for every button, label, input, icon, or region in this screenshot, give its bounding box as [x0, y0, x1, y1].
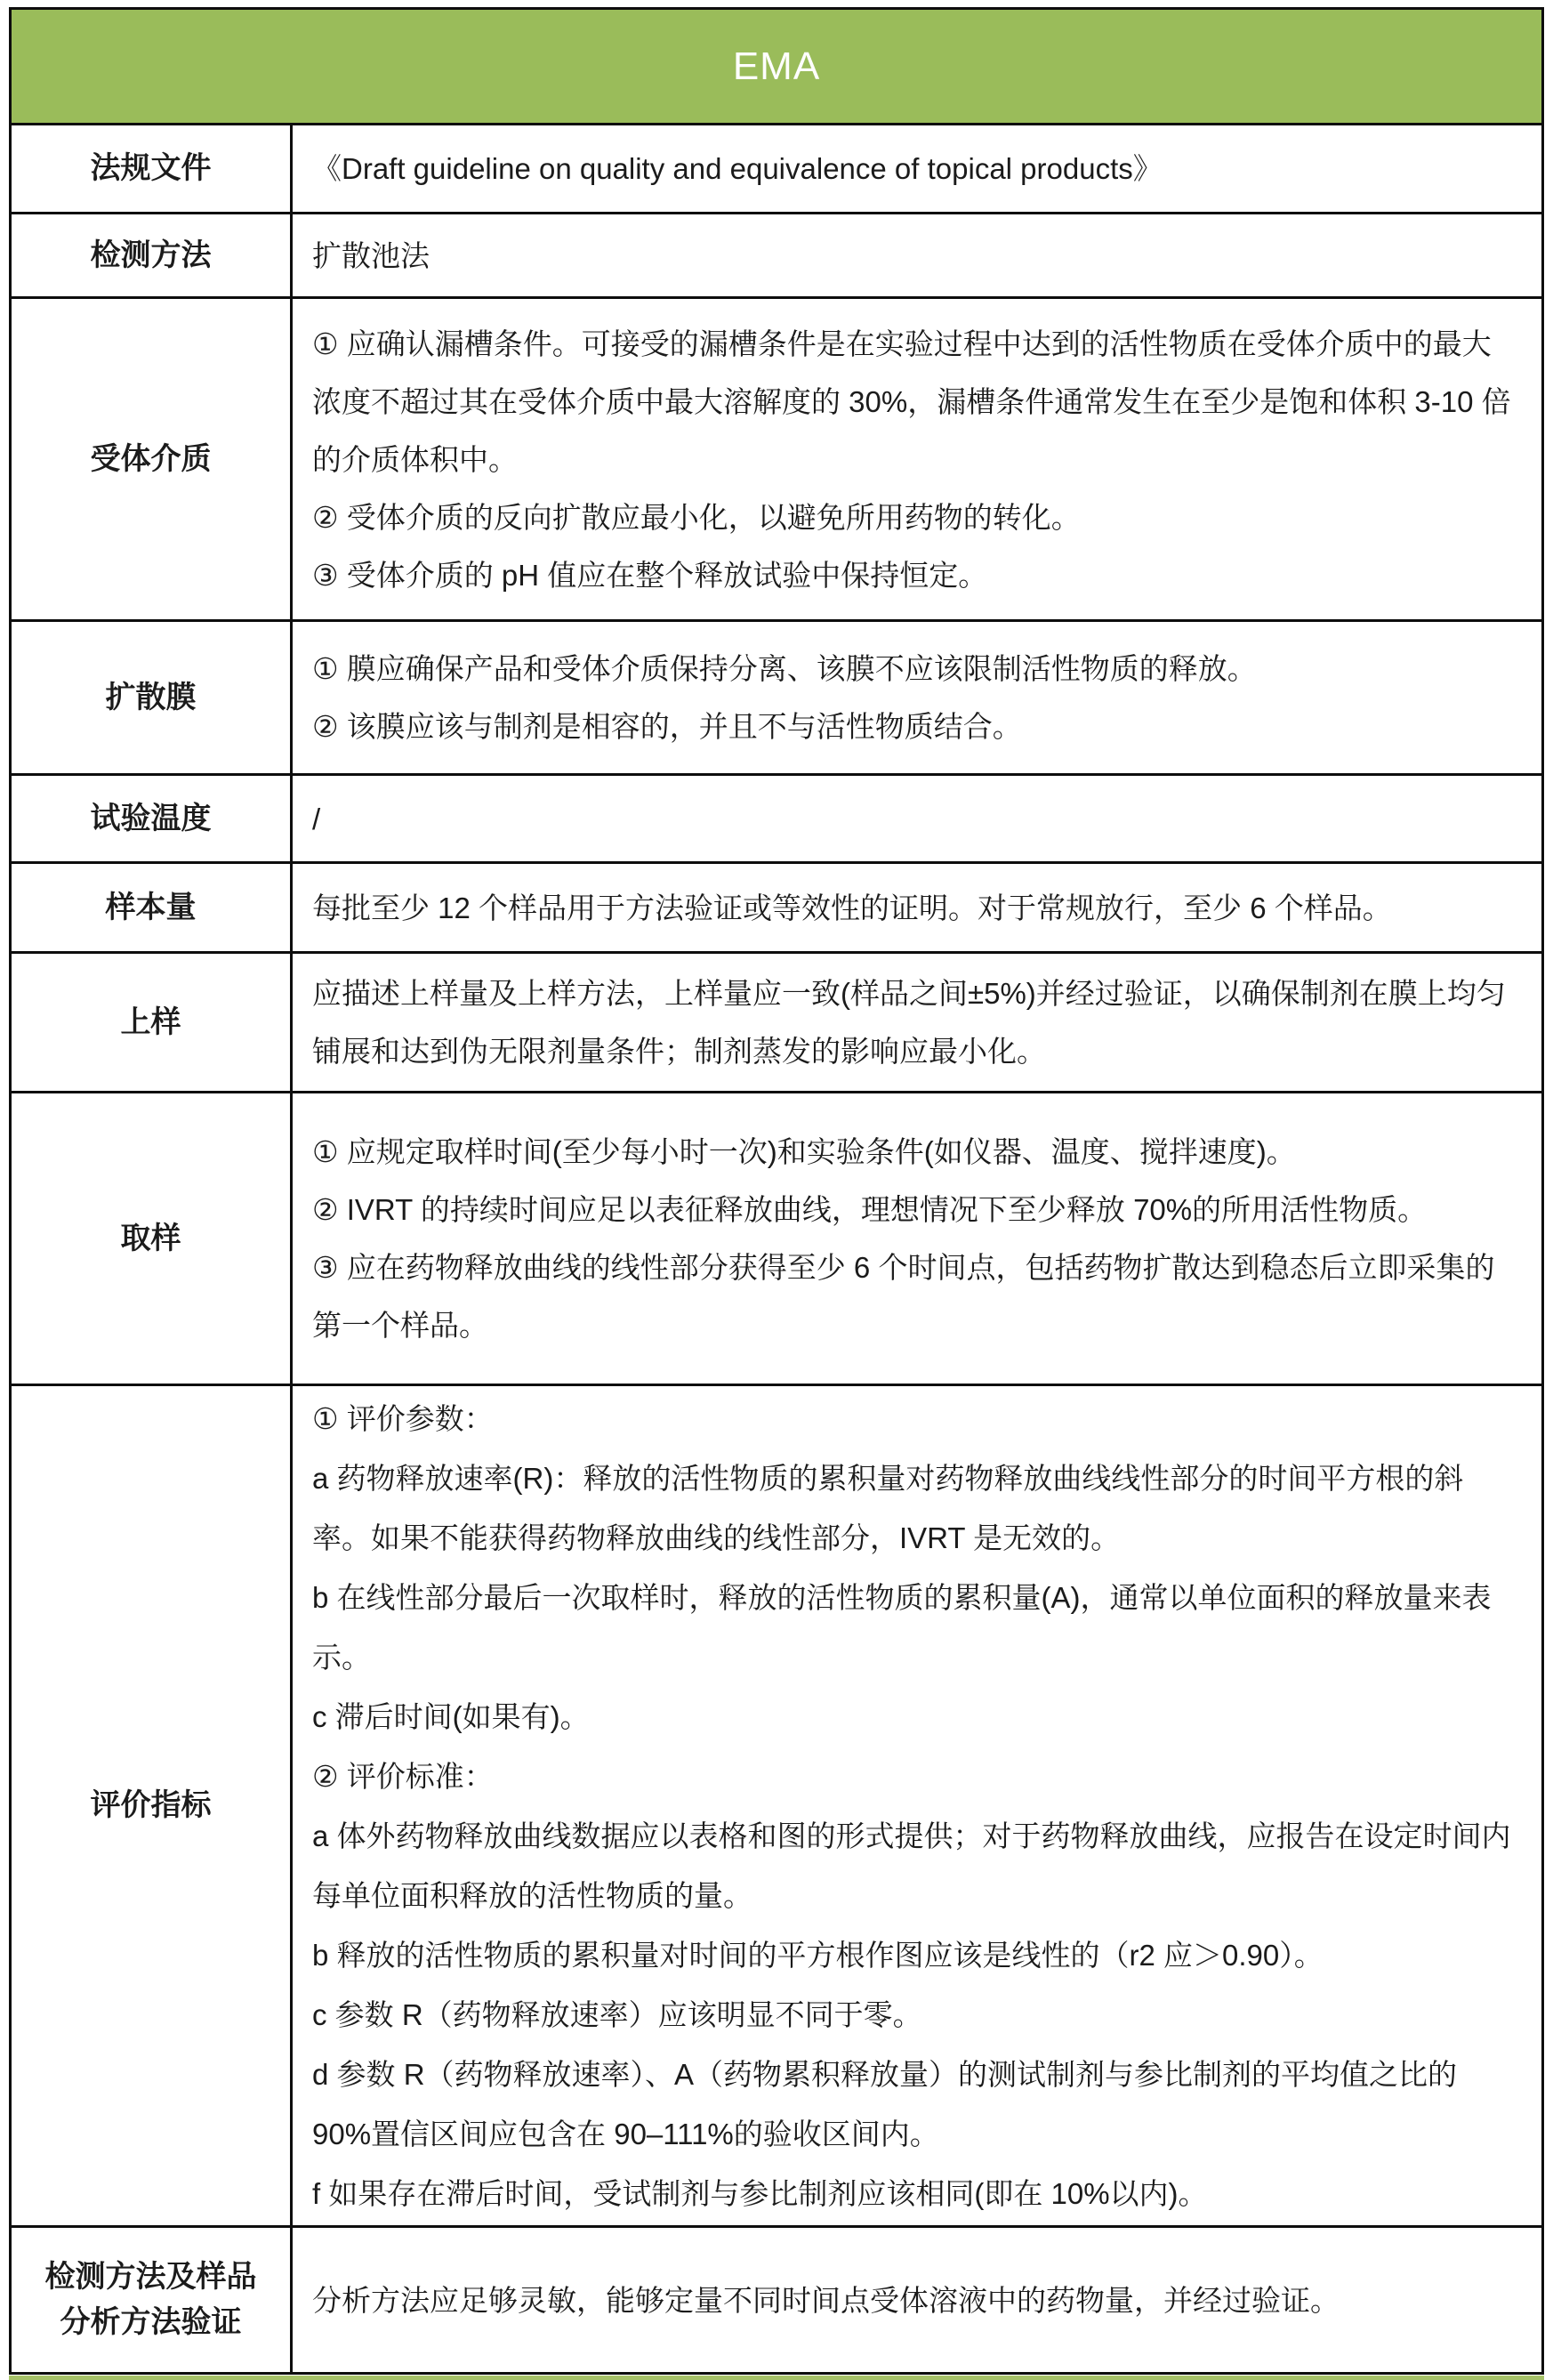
label-line: 上样	[17, 1000, 285, 1045]
paragraph: 扩散池法	[312, 227, 1518, 285]
next-table-header-strip	[9, 2376, 1544, 2380]
label-line: 受体介质	[17, 437, 285, 482]
paragraph: f 如果存在滞后时间，受试制剂与参比制剂应该相同(即在 10%以内)。	[312, 2164, 1518, 2223]
paragraph: ① 应规定取样时间(至少每小时一次)和实验条件(如仪器、温度、搅拌速度)。	[312, 1123, 1518, 1181]
paragraph: 每批至少 12 个样品用于方法验证或等效性的证明。对于常规放行，至少 6 个样品…	[312, 879, 1518, 937]
ema-guideline-table: EMA 法规文件 《Draft guideline on quality and…	[9, 7, 1544, 2375]
table-row: 样本量 每批至少 12 个样品用于方法验证或等效性的证明。对于常规放行，至少 6…	[11, 863, 1543, 953]
table-row: 法规文件 《Draft guideline on quality and equ…	[11, 125, 1543, 214]
label-line: 评价指标	[17, 1783, 285, 1828]
paragraph: b 释放的活性物质的累积量对时间的平方根作图应该是线性的（r2 应＞0.90）。	[312, 1925, 1518, 1985]
row-label-evaluation-index: 评价指标	[11, 1385, 292, 2227]
paragraph: ① 评价参数：	[312, 1389, 1518, 1448]
paragraph: ② 该膜应该与制剂是相容的，并且不与活性物质结合。	[312, 698, 1518, 755]
label-line: 取样	[17, 1216, 285, 1262]
row-content-sample-size: 每批至少 12 个样品用于方法验证或等效性的证明。对于常规放行，至少 6 个样品…	[292, 863, 1543, 953]
paragraph: c 滞后时间(如果有)。	[312, 1687, 1518, 1747]
row-content-diffusion-membrane: ① 膜应确保产品和受体介质保持分离、该膜不应该限制活性物质的释放。 ② 该膜应该…	[292, 621, 1543, 775]
paragraph: ③ 应在药物释放曲线的线性部分获得至少 6 个时间点，包括药物扩散达到稳态后立即…	[312, 1238, 1518, 1354]
row-content-sampling: ① 应规定取样时间(至少每小时一次)和实验条件(如仪器、温度、搅拌速度)。 ② …	[292, 1093, 1543, 1385]
table-header-row: EMA	[11, 9, 1543, 125]
row-content-sample-loading: 应描述上样量及上样方法，上样量应一致(样品之间±5%)并经过验证，以确保制剂在膜…	[292, 953, 1543, 1093]
paragraph: ② IVRT 的持续时间应足以表征释放曲线，理想情况下至少释放 70%的所用活性…	[312, 1181, 1518, 1238]
row-content-test-method: 扩散池法	[292, 214, 1543, 298]
table-row: 受体介质 ① 应确认漏槽条件。可接受的漏槽条件是在实验过程中达到的活性物质在受体…	[11, 298, 1543, 621]
label-line: 法规文件	[17, 146, 285, 191]
label-line: 分析方法验证	[17, 2300, 285, 2345]
table-row: 试验温度 /	[11, 775, 1543, 863]
row-label-method-validation: 检测方法及样品 分析方法验证	[11, 2227, 292, 2374]
table-title-ema: EMA	[11, 9, 1543, 125]
paragraph: ② 评价标准：	[312, 1747, 1518, 1806]
row-label-test-method: 检测方法	[11, 214, 292, 298]
paragraph: 分析方法应足够灵敏，能够定量不同时间点受体溶液中的药物量，并经过验证。	[312, 2271, 1518, 2329]
paragraph: ① 膜应确保产品和受体介质保持分离、该膜不应该限制活性物质的释放。	[312, 640, 1518, 698]
paragraph: /	[312, 790, 1518, 848]
paragraph: d 参数 R（药物释放速率）、A（药物累积释放量）的测试制剂与参比制剂的平均值之…	[312, 2045, 1518, 2164]
paragraph: a 体外药物释放曲线数据应以表格和图的形式提供；对于药物释放曲线，应报告在设定时…	[312, 1806, 1518, 1925]
paragraph: 《Draft guideline on quality and equivale…	[312, 140, 1518, 198]
row-label-diffusion-membrane: 扩散膜	[11, 621, 292, 775]
row-label-receptor-medium: 受体介质	[11, 298, 292, 621]
row-content-evaluation-index: ① 评价参数： a 药物释放速率(R)：释放的活性物质的累积量对药物释放曲线线性…	[292, 1385, 1543, 2227]
paragraph: a 药物释放速率(R)：释放的活性物质的累积量对药物释放曲线线性部分的时间平方根…	[312, 1448, 1518, 1568]
row-label-test-temperature: 试验温度	[11, 775, 292, 863]
label-line: 扩散膜	[17, 675, 285, 721]
paragraph: c 参数 R（药物释放速率）应该明显不同于零。	[312, 1985, 1518, 2045]
row-content-receptor-medium: ① 应确认漏槽条件。可接受的漏槽条件是在实验过程中达到的活性物质在受体介质中的最…	[292, 298, 1543, 621]
row-label-sample-loading: 上样	[11, 953, 292, 1093]
row-content-test-temperature: /	[292, 775, 1543, 863]
paragraph: b 在线性部分最后一次取样时，释放的活性物质的累积量(A)，通常以单位面积的释放…	[312, 1568, 1518, 1687]
row-label-sample-size: 样本量	[11, 863, 292, 953]
table-row: 上样 应描述上样量及上样方法，上样量应一致(样品之间±5%)并经过验证，以确保制…	[11, 953, 1543, 1093]
row-label-regulatory-document: 法规文件	[11, 125, 292, 214]
paragraph: 应描述上样量及上样方法，上样量应一致(样品之间±5%)并经过验证，以确保制剂在膜…	[312, 964, 1518, 1080]
label-line: 试验温度	[17, 796, 285, 842]
paragraph: ① 应确认漏槽条件。可接受的漏槽条件是在实验过程中达到的活性物质在受体介质中的最…	[312, 315, 1518, 488]
paragraph: ② 受体介质的反向扩散应最小化，以避免所用药物的转化。	[312, 488, 1518, 546]
row-content-regulatory-document: 《Draft guideline on quality and equivale…	[292, 125, 1543, 214]
paragraph: ③ 受体介质的 pH 值应在整个释放试验中保持恒定。	[312, 546, 1518, 604]
table-row: 检测方法及样品 分析方法验证 分析方法应足够灵敏，能够定量不同时间点受体溶液中的…	[11, 2227, 1543, 2374]
table-row: 评价指标 ① 评价参数： a 药物释放速率(R)：释放的活性物质的累积量对药物释…	[11, 1385, 1543, 2227]
page: EMA 法规文件 《Draft guideline on quality and…	[0, 0, 1553, 2380]
row-label-sampling: 取样	[11, 1093, 292, 1385]
label-line: 样本量	[17, 885, 285, 931]
row-content-method-validation: 分析方法应足够灵敏，能够定量不同时间点受体溶液中的药物量，并经过验证。	[292, 2227, 1543, 2374]
table-row: 检测方法 扩散池法	[11, 214, 1543, 298]
label-line: 检测方法	[17, 233, 285, 278]
table-row: 取样 ① 应规定取样时间(至少每小时一次)和实验条件(如仪器、温度、搅拌速度)。…	[11, 1093, 1543, 1385]
table-row: 扩散膜 ① 膜应确保产品和受体介质保持分离、该膜不应该限制活性物质的释放。 ② …	[11, 621, 1543, 775]
label-line: 检测方法及样品	[17, 2255, 285, 2300]
